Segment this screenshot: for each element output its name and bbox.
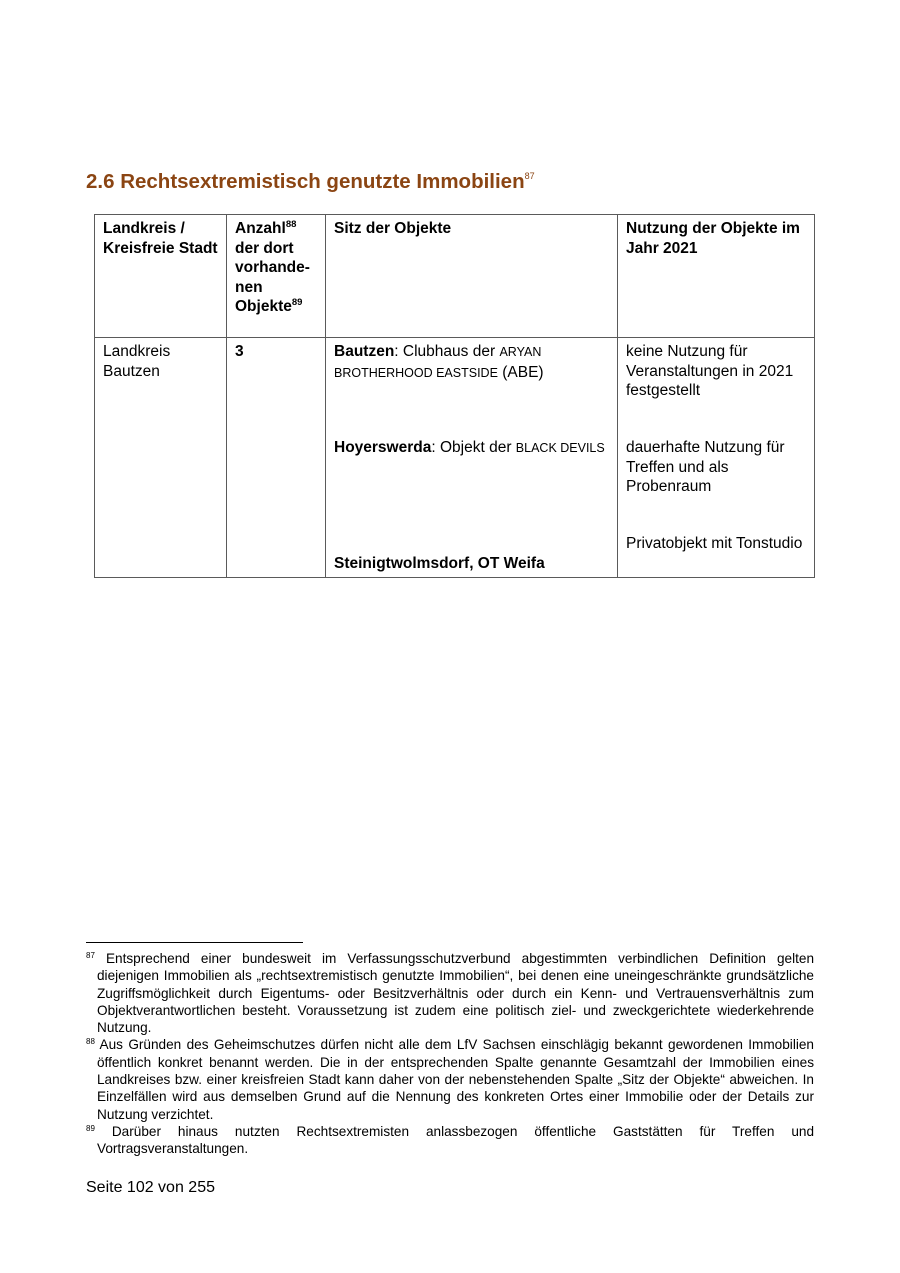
cell-sitz: Bautzen: Clubhaus der Aryan Brotherhood … [326,338,618,578]
section-heading: 2.6 Rechtsextremistisch genutzte Immobil… [86,170,535,194]
cell-anzahl: 3 [227,338,326,578]
object-usage: keine Nutzung für Veranstaltungen in 202… [626,342,806,438]
header-landkreis: Landkreis / Kreisfreie Stadt [95,215,227,338]
table-row: Landkreis Bautzen 3 Bautzen: Clubhaus de… [95,338,815,578]
cell-nutzung: keine Nutzung für Veranstaltungen in 202… [618,338,815,578]
footnote-ref[interactable]: 87 [525,171,535,181]
section-title: Rechtsextremistisch genutzte Immobilien [120,170,524,193]
footnote-ref[interactable]: 88 [286,219,297,230]
page-number: Seite 102 von 255 [86,1179,215,1197]
object-location: Bautzen: Clubhaus der Aryan Brotherhood … [334,342,609,438]
header-anzahl: Anzahl88 der dort vorhande-nen Objekte89 [227,215,326,338]
footnotes: 87 Entsprechend einer bundesweit im Verf… [86,950,814,1158]
footnote-87: 87 Entsprechend einer bundesweit im Verf… [86,950,814,1036]
object-usage: dauerhafte Nutzung für Treffen und als P… [626,438,806,534]
cell-landkreis: Landkreis Bautzen [95,338,227,578]
section-number: 2.6 [86,170,115,193]
table-header-row: Landkreis / Kreisfreie Stadt Anzahl88 de… [95,215,815,338]
footnote-89: 89 Darüber hinaus nutzten Rechtsextremis… [86,1123,814,1158]
object-location: Steinigtwolmsdorf, OT Weifa [334,534,609,573]
immobilien-table: Landkreis / Kreisfreie Stadt Anzahl88 de… [94,214,815,578]
object-location: Hoyerswerda: Objekt der Black Devils [334,438,609,534]
object-usage: Privatobjekt mit Tonstudio [626,534,806,554]
header-nutzung: Nutzung der Objekte im Jahr 2021 [618,215,815,338]
header-sitz: Sitz der Objekte [326,215,618,338]
footnote-88: 88 Aus Gründen des Geheimschutzes dürfen… [86,1036,814,1122]
footnote-separator [86,942,303,943]
footnote-ref[interactable]: 89 [292,297,303,308]
